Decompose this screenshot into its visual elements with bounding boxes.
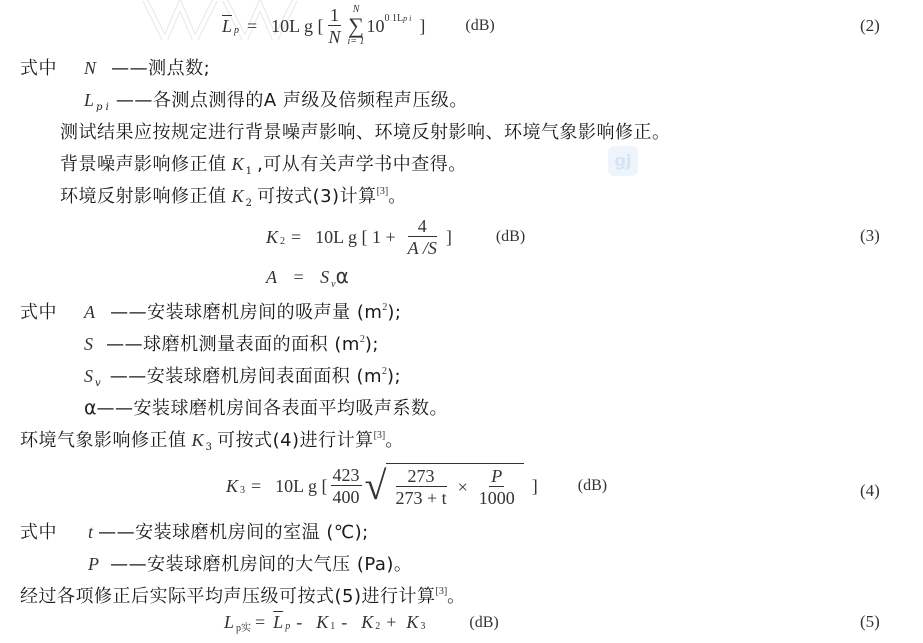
symbol-Sv-sub: v: [95, 378, 101, 389]
eq3b-rhs-sub: v: [331, 279, 335, 290]
eq5-unit: (dB): [469, 614, 498, 632]
para5-text: 经过各项修正后实际平均声压级可按式(5)进行计算: [20, 586, 436, 607]
definition-P: P ——安装球磨机房间的大气压 (Pa)。: [88, 550, 412, 576]
paragraph-correction: 测试结果应按规定进行背景噪声影响、环境反射影响、环境气象影响修正。: [60, 118, 671, 144]
para5-end: 。: [447, 586, 466, 607]
definition-S: S ——球磨机测量表面的面积 (m2);: [84, 330, 379, 356]
para2-text-b: ,可从有关声学书中查得。: [257, 154, 467, 175]
eq5-term-2: K: [316, 612, 328, 633]
eq4-coef: 10L g [: [275, 476, 327, 497]
symbol-Lpi: L: [84, 90, 94, 110]
eq4-frac1-den: 400: [331, 486, 362, 508]
eq4-frac1-num: 423: [331, 465, 362, 486]
eq2-base: 10: [367, 16, 385, 37]
desc-P: ——安装球磨机房间的大气压 (Pa)。: [110, 554, 412, 575]
eq5-op-1: -: [296, 612, 302, 633]
eq4-frac2-num: 273: [396, 466, 447, 487]
symbol-A: A: [84, 302, 95, 322]
where-label-2: 式中: [20, 298, 57, 324]
eq2-frac-den: N: [327, 26, 343, 48]
desc-alpha: ——安装球磨机房间各表面平均吸声系数。: [97, 398, 449, 419]
eq4-fraction-1: 423 400: [331, 465, 362, 508]
eq2-coef: 10L g [: [271, 16, 323, 37]
eq3b-equals: =: [294, 267, 304, 287]
eq4-frac2-den: 273 + t: [393, 487, 448, 509]
desc-A-tail: );: [387, 302, 401, 323]
eq2-summation: N ∑ i= 1: [348, 4, 365, 48]
symbol-alpha: α: [84, 397, 97, 419]
sqrt-body: 273 273 + t × P 1000: [386, 463, 523, 509]
eq4-equals: =: [251, 476, 261, 497]
symbol-Sv: S: [84, 366, 93, 386]
eq5-term-2-sub: 1: [330, 621, 335, 632]
eq3-close: ]: [446, 227, 452, 248]
para2-sub: 1: [246, 166, 252, 177]
desc-S-tail: );: [365, 334, 379, 355]
eq5-term-4-sub: 3: [420, 621, 425, 632]
eq4-unit: (dB): [578, 477, 607, 495]
where-label-3: 式中: [20, 518, 57, 544]
eq2-equals: =: [247, 16, 257, 37]
eq2-sum-bottom: i= 1: [348, 36, 365, 48]
eq4-fraction-3: P 1000: [477, 466, 517, 509]
eq5-op-3: +: [386, 612, 396, 633]
equation-2: L p = 10L g [ 1 N N ∑ i= 1 10 0 1L p i ]…: [222, 4, 495, 48]
eq5-term-3-sub: 2: [375, 621, 380, 632]
eq4-close: ]: [532, 476, 538, 497]
eq3-coef: 10L g [ 1 +: [315, 227, 395, 248]
para4-text-a: 环境气象影响修正值: [20, 430, 187, 451]
equation-number-2: (2): [860, 16, 880, 36]
para3-symbol: K: [232, 186, 244, 206]
desc-A: ——安装球磨机房间的吸声量 (m: [110, 302, 382, 323]
para3-sub: 2: [246, 198, 252, 209]
eq5-term-1-sub: p: [285, 621, 290, 632]
eq5-lhs-sub: p实: [236, 619, 251, 634]
eq3-lhs-sub: 2: [280, 236, 285, 247]
equation-4: K 3 = 10L g [ 423 400 √ 273 273 + t × P …: [226, 458, 607, 514]
eq2-unit: (dB): [465, 17, 494, 35]
desc-Sv: ——安装球磨机房间表面面积 (m: [110, 366, 382, 387]
eq3b-rhs: S: [320, 267, 329, 287]
symbol-Lpi-sub: p i: [96, 102, 109, 113]
eq2-fraction: 1 N: [327, 5, 343, 48]
para4-text-b: 可按式(4)进行计算: [217, 430, 374, 451]
eq2-exponent-sub: p i: [403, 14, 411, 23]
equation-3b: A = Svα: [266, 264, 349, 288]
symbol-S: S: [84, 334, 93, 354]
eq3-frac-num: 4: [408, 216, 437, 237]
symbol-t: t: [88, 522, 93, 542]
equation-number-5: (5): [860, 612, 880, 632]
eq4-lhs-sub: 3: [240, 485, 245, 496]
eq2-frac-num: 1: [328, 5, 341, 26]
para2-symbol: K: [232, 154, 244, 174]
definition-A: A ——安装球磨机房间的吸声量 (m2);: [84, 298, 401, 324]
symbol-N: N: [84, 58, 96, 78]
desc-A-sup: 2: [382, 302, 387, 313]
square-root: √ 273 273 + t × P 1000: [365, 463, 524, 509]
para4-sub: 3: [206, 442, 212, 453]
desc-N: ——测点数;: [111, 58, 210, 79]
desc-S-sup: 2: [360, 334, 365, 345]
symbol-P: P: [88, 554, 99, 574]
eq3-equals: =: [291, 227, 301, 248]
eq3-unit: (dB): [496, 228, 525, 246]
paragraph-K3: 环境气象影响修正值 K3 可按式(4)进行计算[3]。: [20, 426, 404, 452]
eq4-frac3-num: P: [489, 466, 504, 487]
citation-link[interactable]: [3]: [377, 186, 389, 197]
eq5-term-4: K: [406, 612, 418, 633]
desc-t: ——安装球磨机房间的室温 (℃);: [98, 522, 369, 543]
eq3-lhs: K: [266, 227, 278, 248]
eq2-lhs: L: [222, 16, 232, 37]
para3-end: 。: [388, 186, 407, 207]
para2-text-a: 背景噪声影响修正值: [60, 154, 227, 175]
eq5-equals: =: [255, 612, 265, 633]
paragraph-K2: 环境反射影响修正值 K2 可按式(3)计算[3]。: [60, 182, 407, 208]
eq3-fraction: 4 A /S: [406, 216, 439, 259]
para3-text-b: 可按式(3)计算: [257, 186, 377, 207]
para4-symbol: K: [192, 430, 204, 450]
definition-alpha: α——安装球磨机房间各表面平均吸声系数。: [84, 394, 448, 420]
citation-link[interactable]: [3]: [436, 586, 448, 597]
eq4-fraction-2: 273 273 + t: [393, 466, 448, 509]
paragraph-final: 经过各项修正后实际平均声压级可按式(5)进行计算[3]。: [20, 582, 466, 608]
sigma-icon: ∑: [348, 16, 364, 36]
desc-S: ——球磨机测量表面的面积 (m: [106, 334, 360, 355]
alpha-symbol: α: [336, 264, 349, 288]
citation-link[interactable]: [3]: [374, 430, 386, 441]
desc-Sv-tail: );: [387, 366, 401, 387]
eq5-lhs: L: [224, 612, 234, 633]
eq2-lhs-sub: p: [234, 25, 239, 36]
eq3-frac-den: A /S: [406, 237, 439, 259]
definition-t: t ——安装球磨机房间的室温 (℃);: [88, 518, 369, 544]
eq2-close: ]: [419, 16, 425, 37]
where-label-1: 式中: [20, 54, 57, 80]
para4-end: 。: [385, 430, 404, 451]
definition-Lpi: Lp i ——各测点测得的A 声级及倍频程声压级。: [84, 86, 468, 112]
eq5-term-1: L: [273, 612, 283, 633]
equation-number-4: (4): [860, 481, 880, 501]
desc-Sv-sup: 2: [382, 366, 387, 377]
app-badge-icon[interactable]: gj: [608, 146, 638, 176]
paragraph-K1: 背景噪声影响修正值 K1 ,可从有关声学书中查得。: [60, 150, 467, 176]
eq3b-lhs: A: [266, 267, 277, 287]
equation-5: L p实 = Lp - K1 - K2 + K3 (dB): [224, 612, 499, 633]
eq2-exponent: 0 1L: [385, 13, 404, 24]
eq4-lhs: K: [226, 476, 238, 497]
desc-Lpi: ——各测点测得的A 声级及倍频程声压级。: [116, 90, 468, 111]
radical-icon: √: [365, 466, 387, 506]
times-symbol: ×: [458, 477, 468, 498]
eq4-frac3-den: 1000: [477, 487, 517, 509]
equation-3: K 2 = 10L g [ 1 + 4 A /S ] (dB): [266, 214, 525, 260]
eq5-term-3: K: [361, 612, 373, 633]
definition-Sv: Sv ——安装球磨机房间表面面积 (m2);: [84, 362, 401, 388]
eq5-op-2: -: [341, 612, 347, 633]
equation-number-3: (3): [860, 226, 880, 246]
definition-N: N ——测点数;: [84, 54, 210, 80]
para3-text-a: 环境反射影响修正值: [60, 186, 227, 207]
